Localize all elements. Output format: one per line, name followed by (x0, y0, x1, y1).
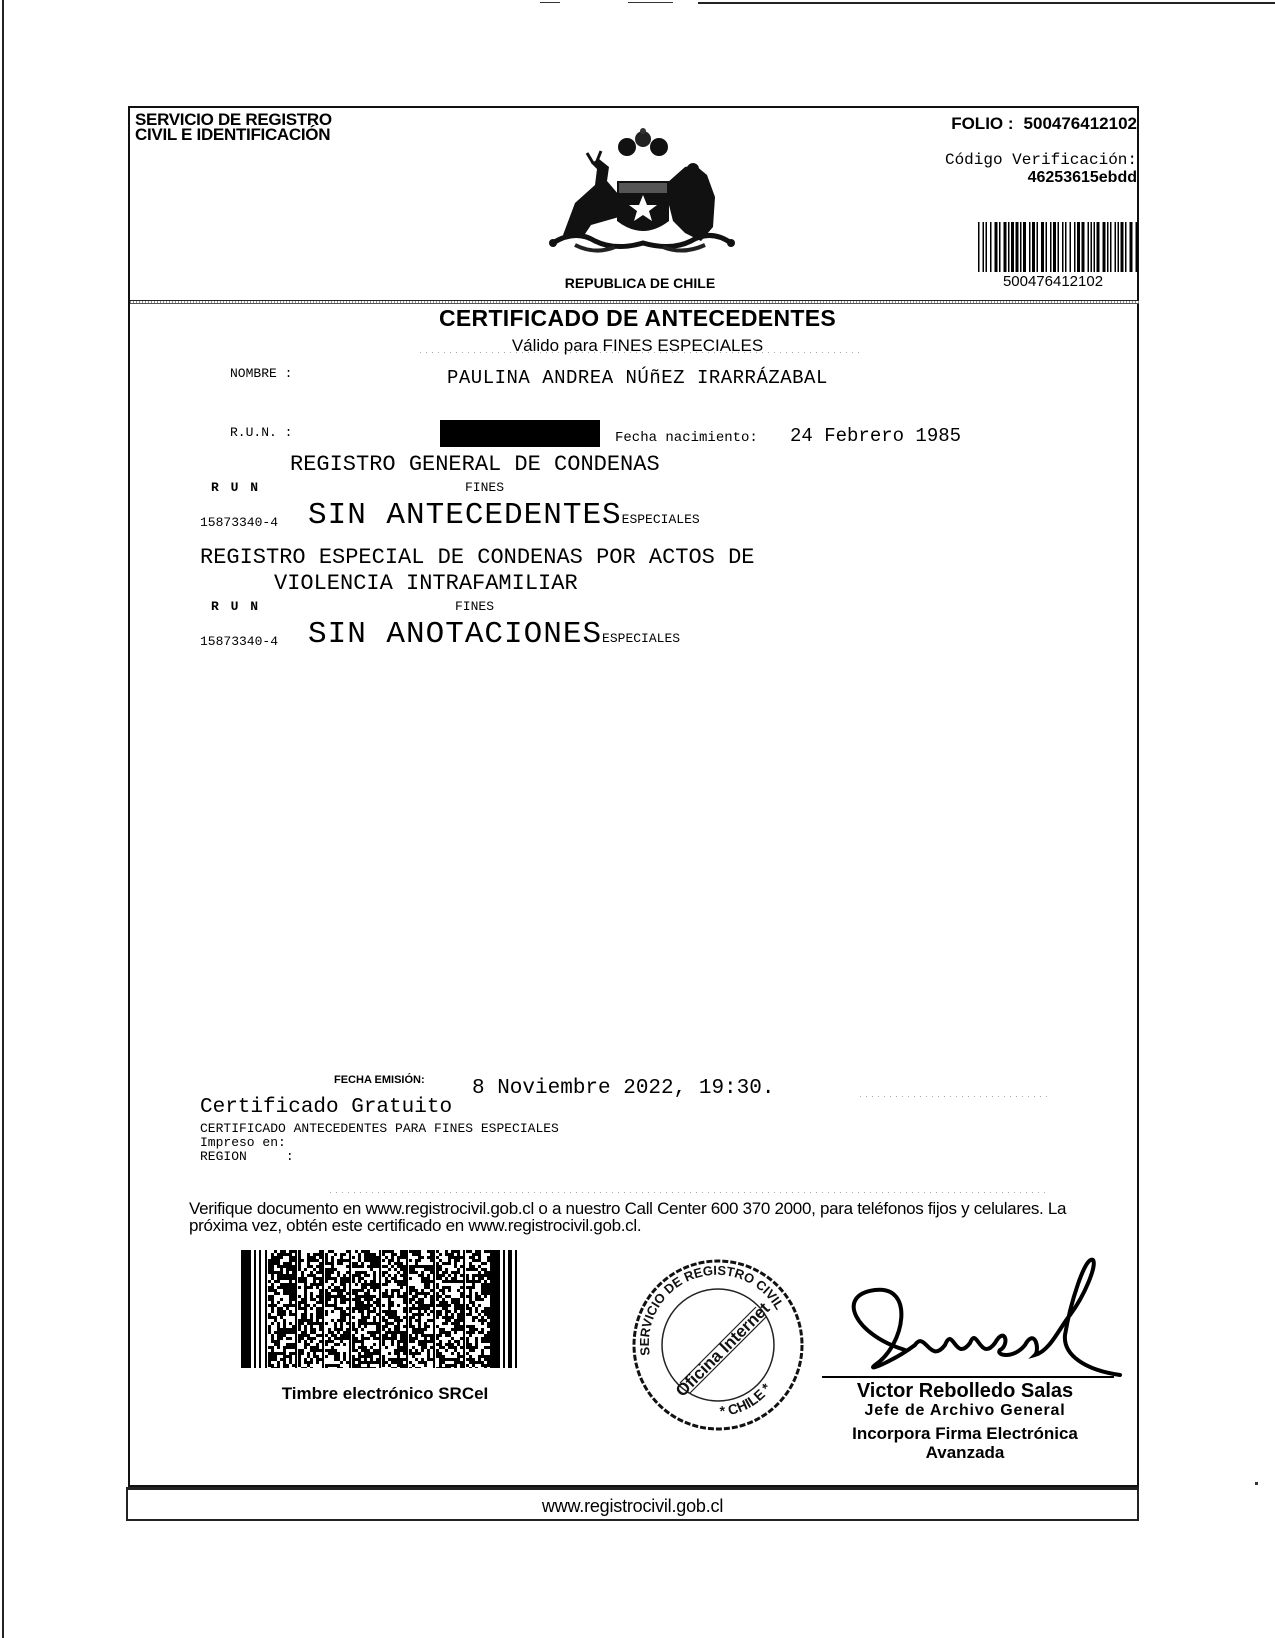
certificate-type: CERTIFICADO ANTECEDENTES PARA FINES ESPE… (200, 1121, 559, 1136)
agency-line-2: CIVIL E IDENTIFICACIÓN (135, 127, 332, 142)
verification-label: Código Verificación: (945, 151, 1137, 169)
name-label: NOMBRE : (230, 366, 292, 381)
record-status: SIN ANTECEDENTESESPECIALES (308, 498, 700, 533)
official-seal-icon: SERVICIO DE REGISTRO CIVIL E IDENTIFICAC… (628, 1255, 808, 1435)
folio-label: FOLIO : (951, 114, 1013, 133)
barcode-icon (978, 222, 1138, 272)
run-label: R.U.N. : (230, 425, 292, 440)
country-caption: REPUBLICA DE CHILE (540, 275, 740, 291)
scan-mark (698, 2, 1275, 4)
birth-date-value: 24 Febrero 1985 (790, 425, 961, 447)
header-divider (130, 300, 1139, 304)
birth-date-label: Fecha nacimiento: (615, 430, 758, 446)
seal-bottom-text: * CHILE * (719, 1380, 775, 1419)
scan-mark (628, 2, 673, 3)
region-label: REGION : (200, 1149, 294, 1164)
handwritten-signature-icon (835, 1255, 1125, 1385)
record-status-suffix: ESPECIALES (622, 512, 700, 527)
verification-code: 46253615ebdd (1028, 169, 1137, 187)
run-column-header: R U N (211, 599, 260, 614)
barcode-number: 500476412102 (978, 273, 1128, 290)
svg-text:* CHILE *: * CHILE * (719, 1380, 775, 1419)
run-column-header: R U N (211, 480, 260, 495)
record-run-value: 15873340-4 (200, 634, 278, 649)
printed-in-label: Impreso en: (200, 1135, 286, 1150)
folio: FOLIO :500476412102 (951, 114, 1137, 134)
document-title: CERTIFICADO DE ANTECEDENTES (0, 305, 1275, 332)
run-redaction (440, 420, 600, 447)
name-value: PAULINA ANDREA NÚñEZ IRARRÁZABAL (447, 367, 828, 389)
record-title: REGISTRO GENERAL DE CONDENAS (290, 452, 660, 477)
certificate-cost: Certificado Gratuito (200, 1096, 452, 1119)
scan-dot (1255, 1482, 1258, 1485)
folio-value: 500476412102 (1024, 114, 1137, 133)
record-title: REGISTRO ESPECIAL DE CONDENAS POR ACTOS … (200, 545, 755, 570)
scan-edge-line (2, 0, 4, 1638)
record-title-line-2: VIOLENCIA INTRAFAMILIAR (274, 571, 578, 596)
scan-speckle (860, 1096, 1050, 1097)
fines-column-header: FINES (455, 599, 494, 614)
fines-column-header: FINES (465, 480, 504, 495)
scan-speckle (330, 1192, 1050, 1193)
verification-notice: Verifique documento en www.registrocivil… (189, 1200, 1109, 1234)
chile-coat-of-arms-icon (535, 125, 745, 260)
issue-date-value: 8 Noviembre 2022, 19:30. (472, 1077, 774, 1100)
footer-website-link[interactable]: www.registrocivil.gob.cl (126, 1496, 1139, 1517)
record-status-text: SIN ANOTACIONES (308, 617, 602, 652)
signer-name: Victor Rebolledo Salas (815, 1380, 1115, 1403)
record-status-text: SIN ANTECEDENTES (308, 498, 622, 533)
scan-mark (540, 2, 560, 3)
record-status: SIN ANOTACIONESESPECIALES (308, 617, 680, 652)
signature-note: Incorpora Firma Electrónica (815, 1424, 1115, 1444)
document-subtitle: Válido para FINES ESPECIALES (0, 336, 1275, 356)
scan-speckle (420, 352, 860, 353)
pdf417-barcode-icon (241, 1250, 522, 1368)
signature-note-line-2: Avanzada (815, 1443, 1115, 1463)
issue-date-label: FECHA EMISIÓN: (334, 1074, 425, 1086)
signer-role: Jefe de Archivo General (815, 1402, 1115, 1420)
record-status-suffix: ESPECIALES (602, 631, 680, 646)
signature-line (822, 1376, 1114, 1378)
record-run-value: 15873340-4 (200, 515, 278, 530)
agency-name: SERVICIO DE REGISTRO CIVIL E IDENTIFICAC… (135, 112, 332, 142)
stamp-caption: Timbre electrónico SRCeI (235, 1384, 535, 1404)
